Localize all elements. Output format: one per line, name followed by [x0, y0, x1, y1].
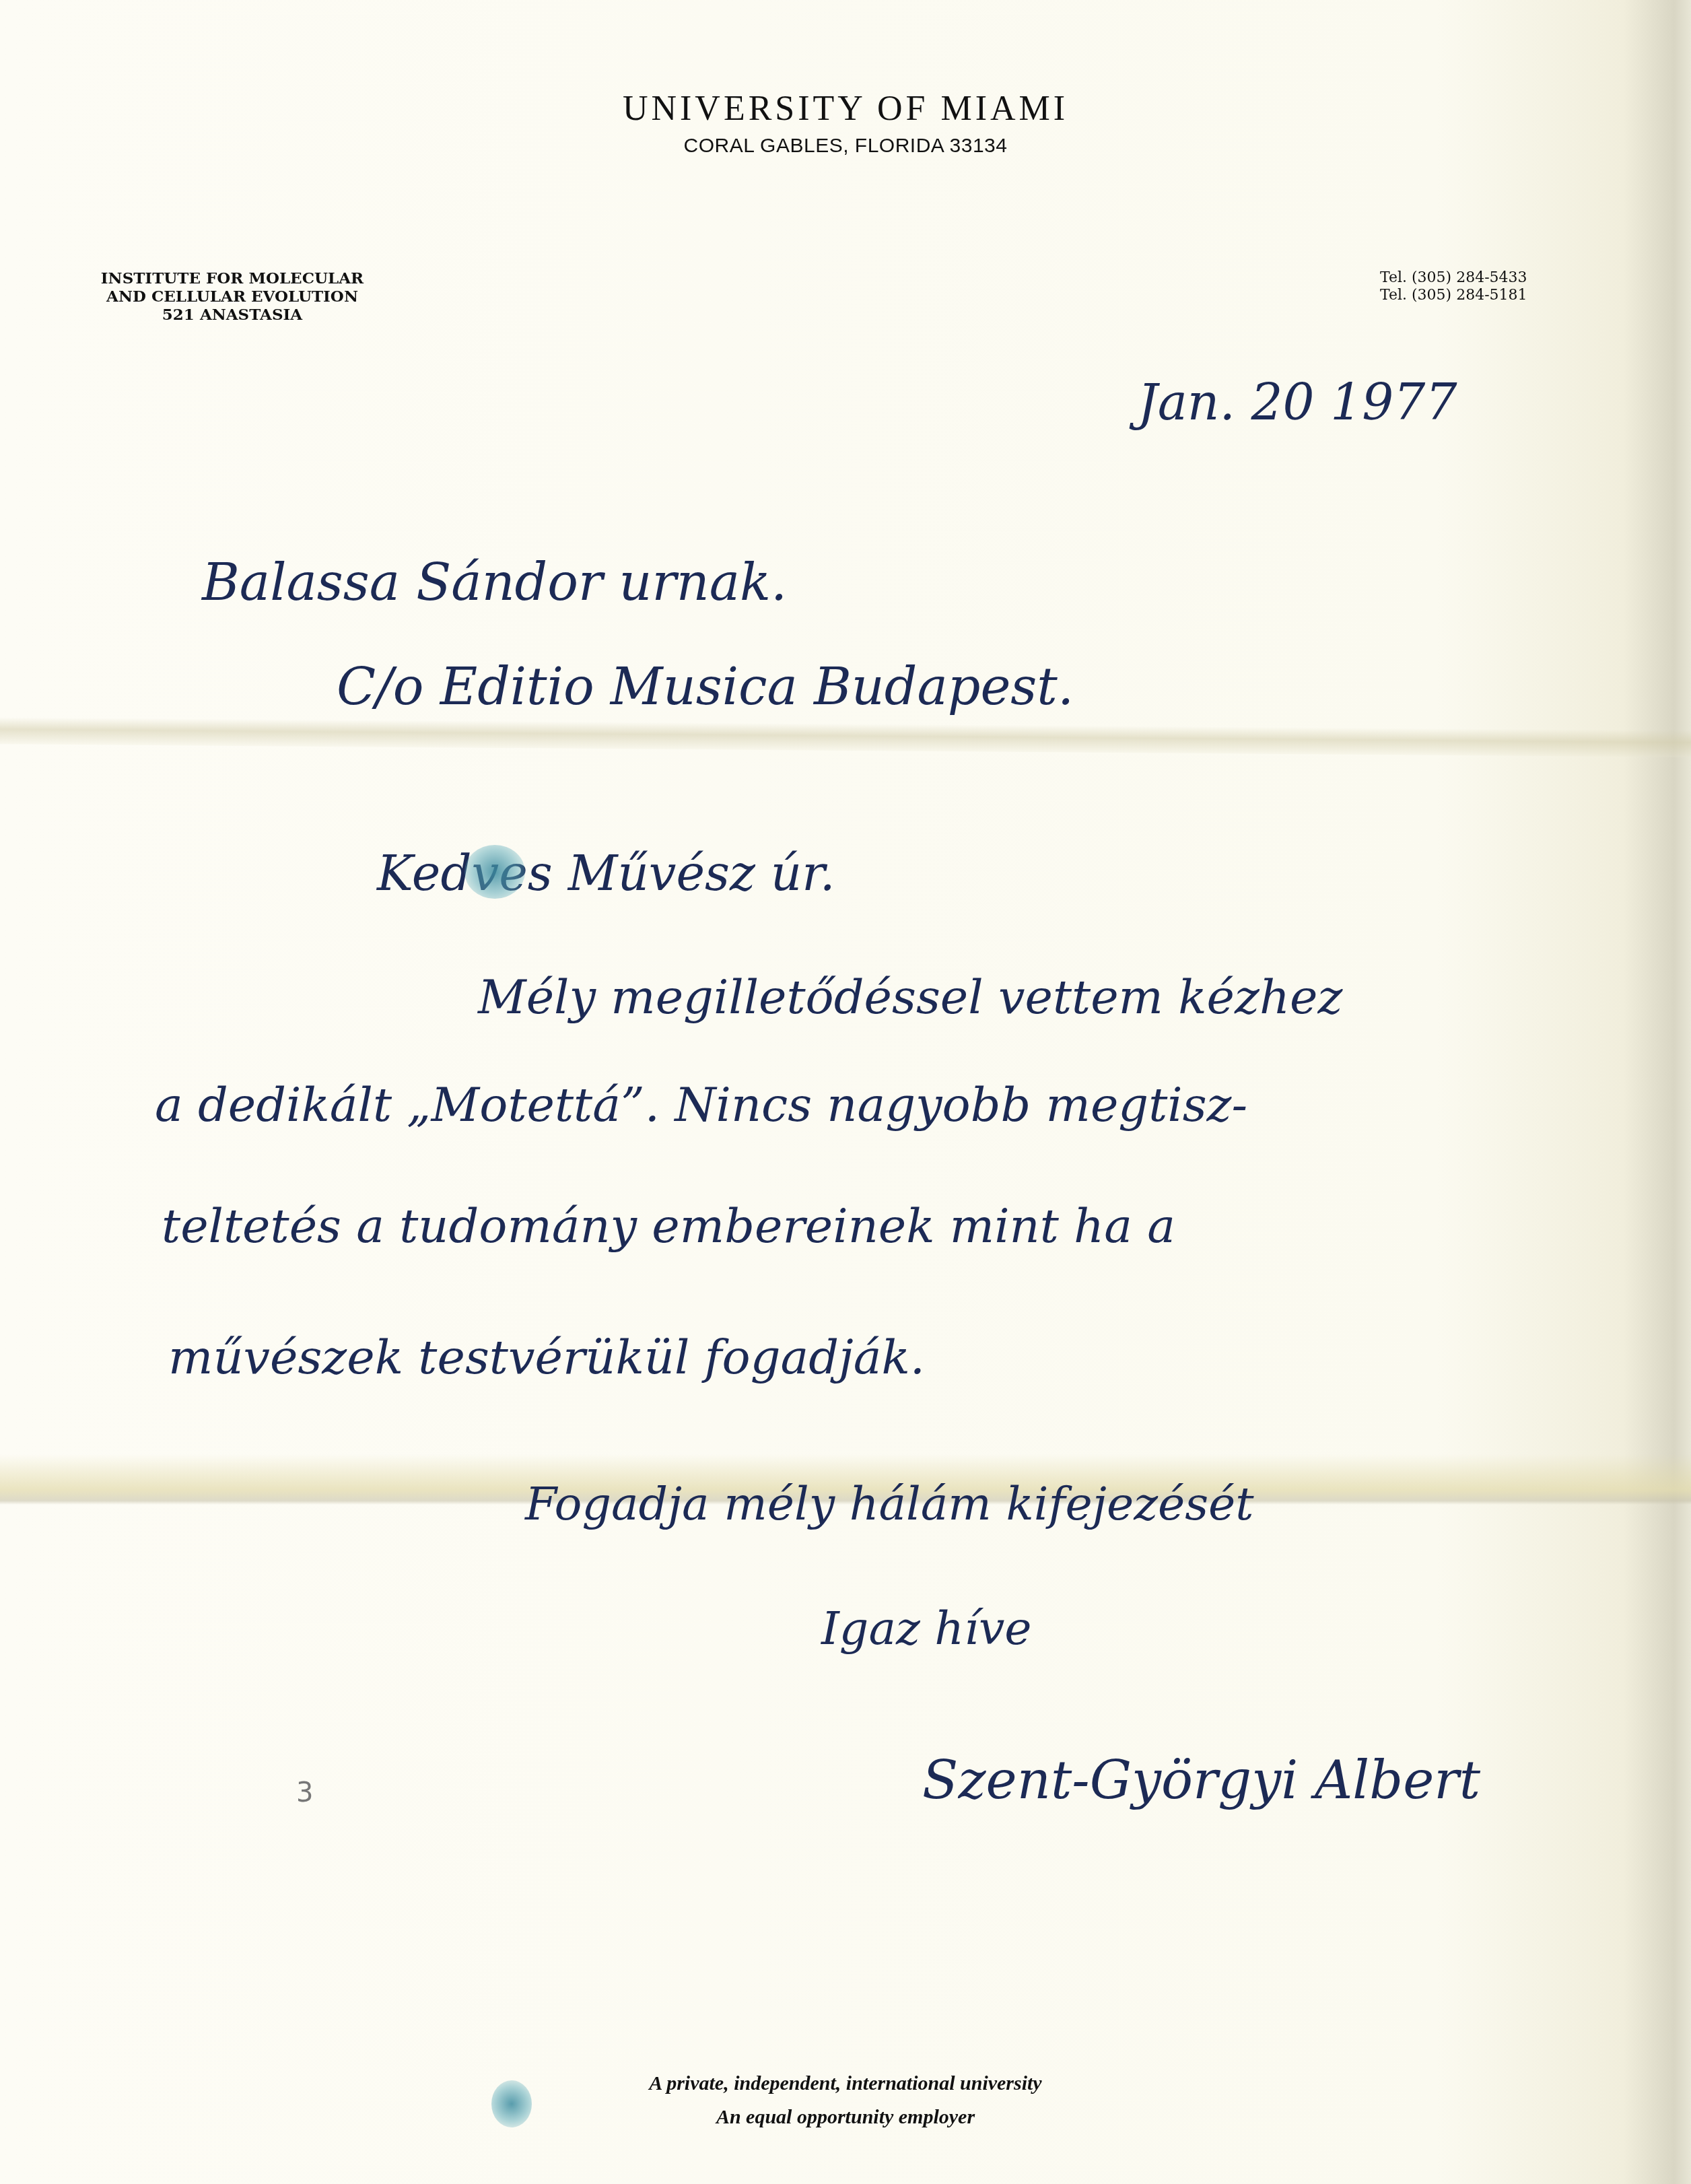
department-line: INSTITUTE FOR MOLECULAR	[81, 269, 384, 287]
signature: Szent-Györgyi Albert	[922, 1750, 1480, 1811]
salutation: Kedves Művész úr.	[377, 845, 835, 901]
phone-line: Tel. (305) 284-5433	[1380, 269, 1568, 287]
ink-blot	[464, 845, 525, 899]
closing-line: Igaz híve	[821, 1602, 1032, 1656]
department-line: 521 ANASTASIA	[81, 306, 384, 324]
body-line: Mély megilletődéssel vettem kézhez	[478, 969, 1342, 1025]
letterhead-title: UNIVERSITY OF MIAMI	[0, 89, 1691, 129]
phone-line: Tel. (305) 284-5181	[1380, 287, 1568, 304]
footer-line: An equal opportunity employer	[0, 2101, 1691, 2134]
letterhead-department: INSTITUTE FOR MOLECULAR AND CELLULAR EVO…	[81, 269, 384, 324]
footer-line: A private, independent, international un…	[0, 2067, 1691, 2101]
body-line: művészek testvérükül fogadják.	[168, 1330, 925, 1385]
letter-date: Jan. 20 1977	[1138, 374, 1457, 432]
pencil-mark: 3	[296, 1777, 313, 1808]
recipient-line: Balassa Sándor urnak.	[202, 552, 787, 612]
body-line: teltetés a tudomány embereinek mint ha a	[162, 1198, 1175, 1254]
recipient-line: C/o Editio Musica Budapest.	[337, 656, 1074, 716]
body-line: a dedikált „Motettá”. Nincs nagyobb megt…	[155, 1077, 1247, 1132]
closing-line: Fogadja mély hálám kifejezését	[525, 1478, 1254, 1531]
letterhead-phones: Tel. (305) 284-5433 Tel. (305) 284-5181	[1380, 269, 1568, 304]
fold-crease-upper	[0, 717, 1691, 757]
letterhead-address: CORAL GABLES, FLORIDA 33134	[0, 135, 1691, 158]
letterhead-footer: A private, independent, international un…	[0, 2067, 1691, 2134]
department-line: AND CELLULAR EVOLUTION	[81, 287, 384, 306]
letter-paper: UNIVERSITY OF MIAMI CORAL GABLES, FLORID…	[0, 0, 1691, 2184]
